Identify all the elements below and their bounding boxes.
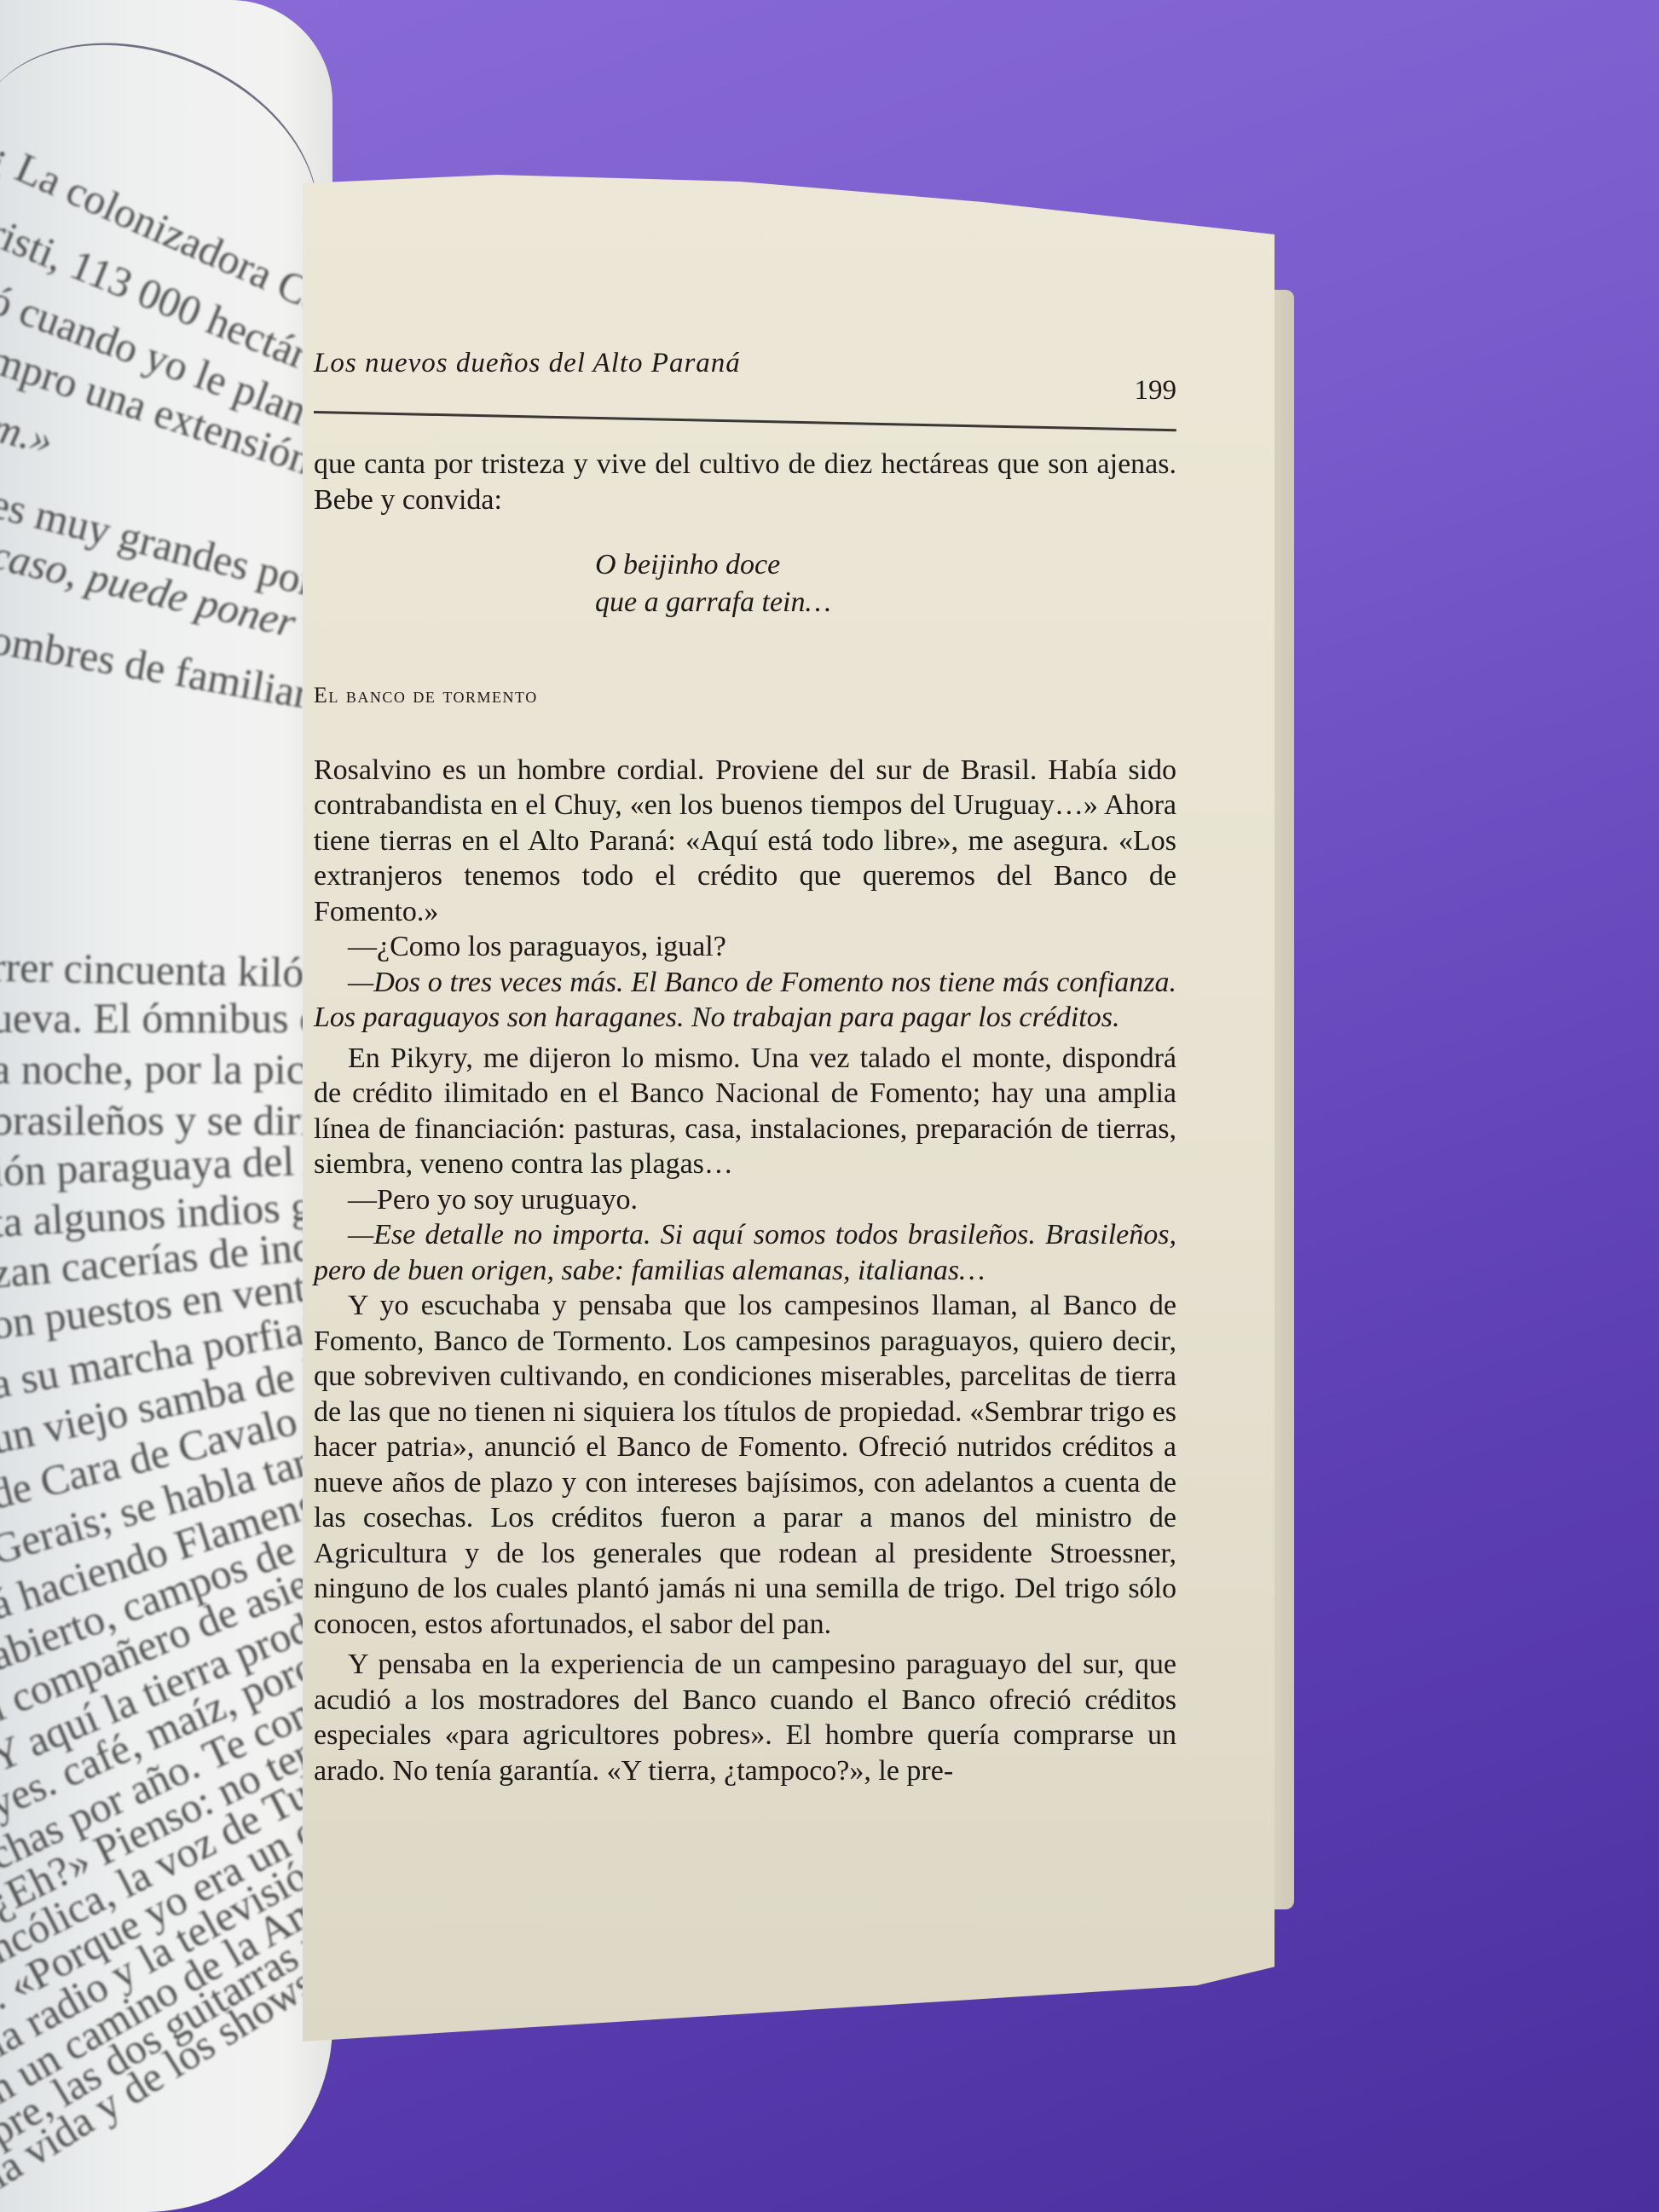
running-title: Los nuevos dueños del Alto Paraná [314,346,741,382]
verse-line: que a garrafa tein… [595,584,1176,621]
left-page-line: ueva. El ómnibus chiquito se [0,993,332,1042]
verse-block: O beijinho doce que a garrafa tein… [595,546,1176,621]
paragraph: que canta por tristeza y vive del cultiv… [314,447,1176,517]
right-page-content: Los nuevos dueños del Alto Paraná 199 qu… [314,341,1176,1788]
page-header: Los nuevos dueños del Alto Paraná 199 [314,341,1176,409]
header-rule [314,411,1176,431]
page-number: 199 [1135,373,1177,409]
paragraph: Y yo escuchaba y pensaba que los campesi… [314,1288,1176,1642]
paragraph: Rosalvino es un hombre cordial. Proviene… [314,753,1176,930]
left-page-line: m.» [0,401,58,465]
left-page-line: rrer cincuenta kilómetros y la [0,942,332,1000]
dialogue-line: —Pero yo soy uruguayo. [314,1182,1176,1218]
dialogue-line: —¿Como los paraguayos, igual? [314,929,1176,965]
paragraph: En Pikyry, me dijeron lo mismo. Una vez … [314,1041,1176,1182]
dialogue-line: —Ese detalle no importa. Si aquí somos t… [314,1217,1176,1288]
verse-line: O beijinho doce [595,546,1176,584]
left-page-curled: ¿ La colonizadora Carapá S risti, 113 00… [0,0,332,2212]
section-title: El banco de tormento [314,678,1176,713]
paragraph: Y pensaba en la experiencia de un campes… [314,1647,1176,1788]
dialogue-line: —Dos o tres veces más. El Banco de Fomen… [314,965,1176,1036]
left-page-line: a noche, por la picada abierta [0,1044,332,1094]
